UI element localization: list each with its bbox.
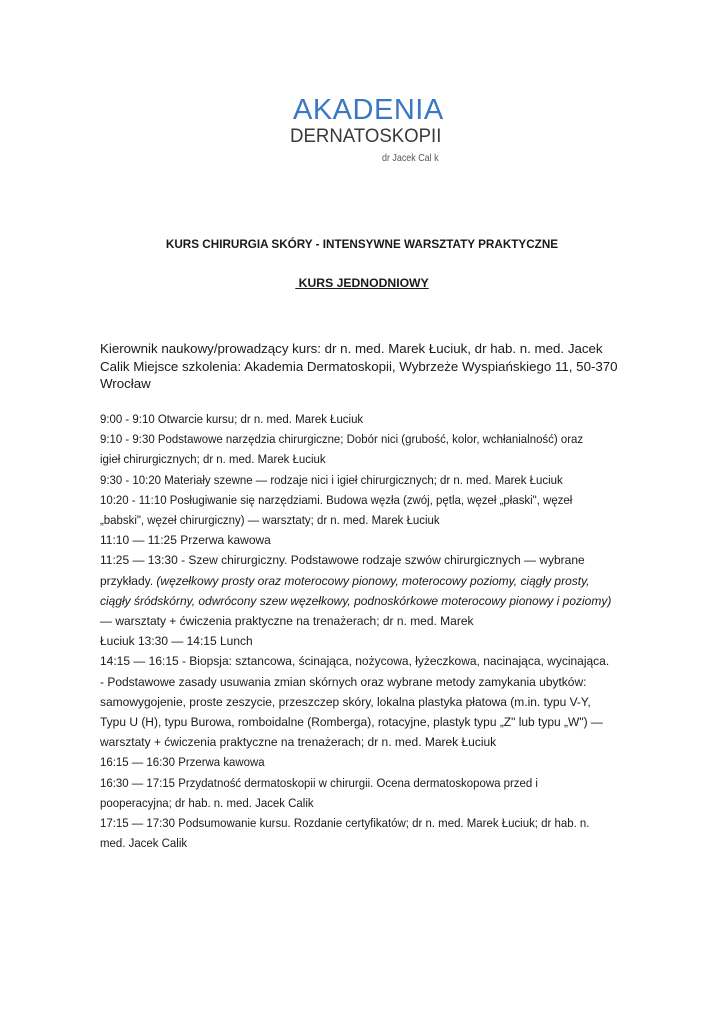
schedule-line: 16:30 — 17:15 Przydatność dermatoskopii … <box>100 773 602 793</box>
intro-line: Calik Miejsce szkolenia: Akademia Dermat… <box>100 358 620 376</box>
logo-title: AKADENIA <box>293 95 444 125</box>
intro-line: Kierownik naukowy/prowadzący kurs: dr n.… <box>100 340 620 358</box>
schedule-line: pooperacyjna; dr hab. n. med. Jacek Cali… <box>100 793 602 813</box>
schedule-line: „babski", węzeł chirurgiczny) — warsztat… <box>100 510 602 530</box>
schedule-line: 9:30 - 10:20 Materiały szewne — rodzaje … <box>100 470 602 490</box>
schedule-line-italic: (węzełkowy prosty oraz moterocowy pionow… <box>156 574 589 588</box>
schedule-line: — warsztaty + ćwiczenia praktyczne na tr… <box>100 611 627 631</box>
schedule-line: 9:10 - 9:30 Podstawowe narzędzia chirurg… <box>100 429 602 449</box>
schedule-line: 11:10 — 11:25 Przerwa kawowa <box>100 530 627 550</box>
document-subtitle-text: KURS JEDNODNIOWY <box>295 276 428 290</box>
schedule-line: 17:15 — 17:30 Podsumowanie kursu. Rozdan… <box>100 813 602 833</box>
logo-author: dr Jacek Cal k <box>382 152 439 164</box>
schedule-line: - Podstawowe zasady usuwania zmian skórn… <box>100 672 627 692</box>
schedule-line: med. Jacek Calik <box>100 833 602 853</box>
logo-subtitle: DERNATOSKOPII <box>290 127 441 147</box>
schedule-line: Łuciuk 13:30 — 14:15 Lunch <box>100 631 627 651</box>
document-title: KURS CHIRURGIA SKÓRY - INTENSYWNE WARSZT… <box>14 236 709 252</box>
schedule-line: warsztaty + ćwiczenia praktyczne na tren… <box>100 732 627 752</box>
schedule-line-italic: ciągły śródskórny, odwrócony szew węzełk… <box>100 591 627 611</box>
document-subtitle: KURS JEDNODNIOWY <box>0 275 724 291</box>
schedule-line-italic-text: ciągły śródskórny, odwrócony szew węzełk… <box>100 594 611 608</box>
schedule-line: igieł chirurgicznych; dr n. med. Marek Ł… <box>100 449 602 469</box>
schedule-line: 14:15 — 16:15 - Biopsja: sztancowa, ścin… <box>100 651 627 671</box>
schedule: 9:00 - 9:10 Otwarcie kursu; dr n. med. M… <box>100 409 640 853</box>
schedule-line: samowygojenie, proste zeszycie, przeszcz… <box>100 692 627 712</box>
schedule-line: 16:15 — 16:30 Przerwa kawowa <box>100 752 602 772</box>
schedule-line: Typu U (H), typu Burowa, romboidalne (Ro… <box>100 712 627 732</box>
schedule-line: 9:00 - 9:10 Otwarcie kursu; dr n. med. M… <box>100 409 602 429</box>
intro-line: Wrocław <box>100 375 620 393</box>
intro-paragraph: Kierownik naukowy/prowadzący kurs: dr n.… <box>100 340 620 393</box>
schedule-line: 11:25 — 13:30 - Szew chirurgiczny. Podst… <box>100 550 627 570</box>
schedule-line-mixed: przykłady. (węzełkowy prosty oraz motero… <box>100 571 627 591</box>
schedule-line: 10:20 - 11:10 Posługiwanie się narzędzia… <box>100 490 602 510</box>
schedule-line-text: przykłady. <box>100 574 156 588</box>
